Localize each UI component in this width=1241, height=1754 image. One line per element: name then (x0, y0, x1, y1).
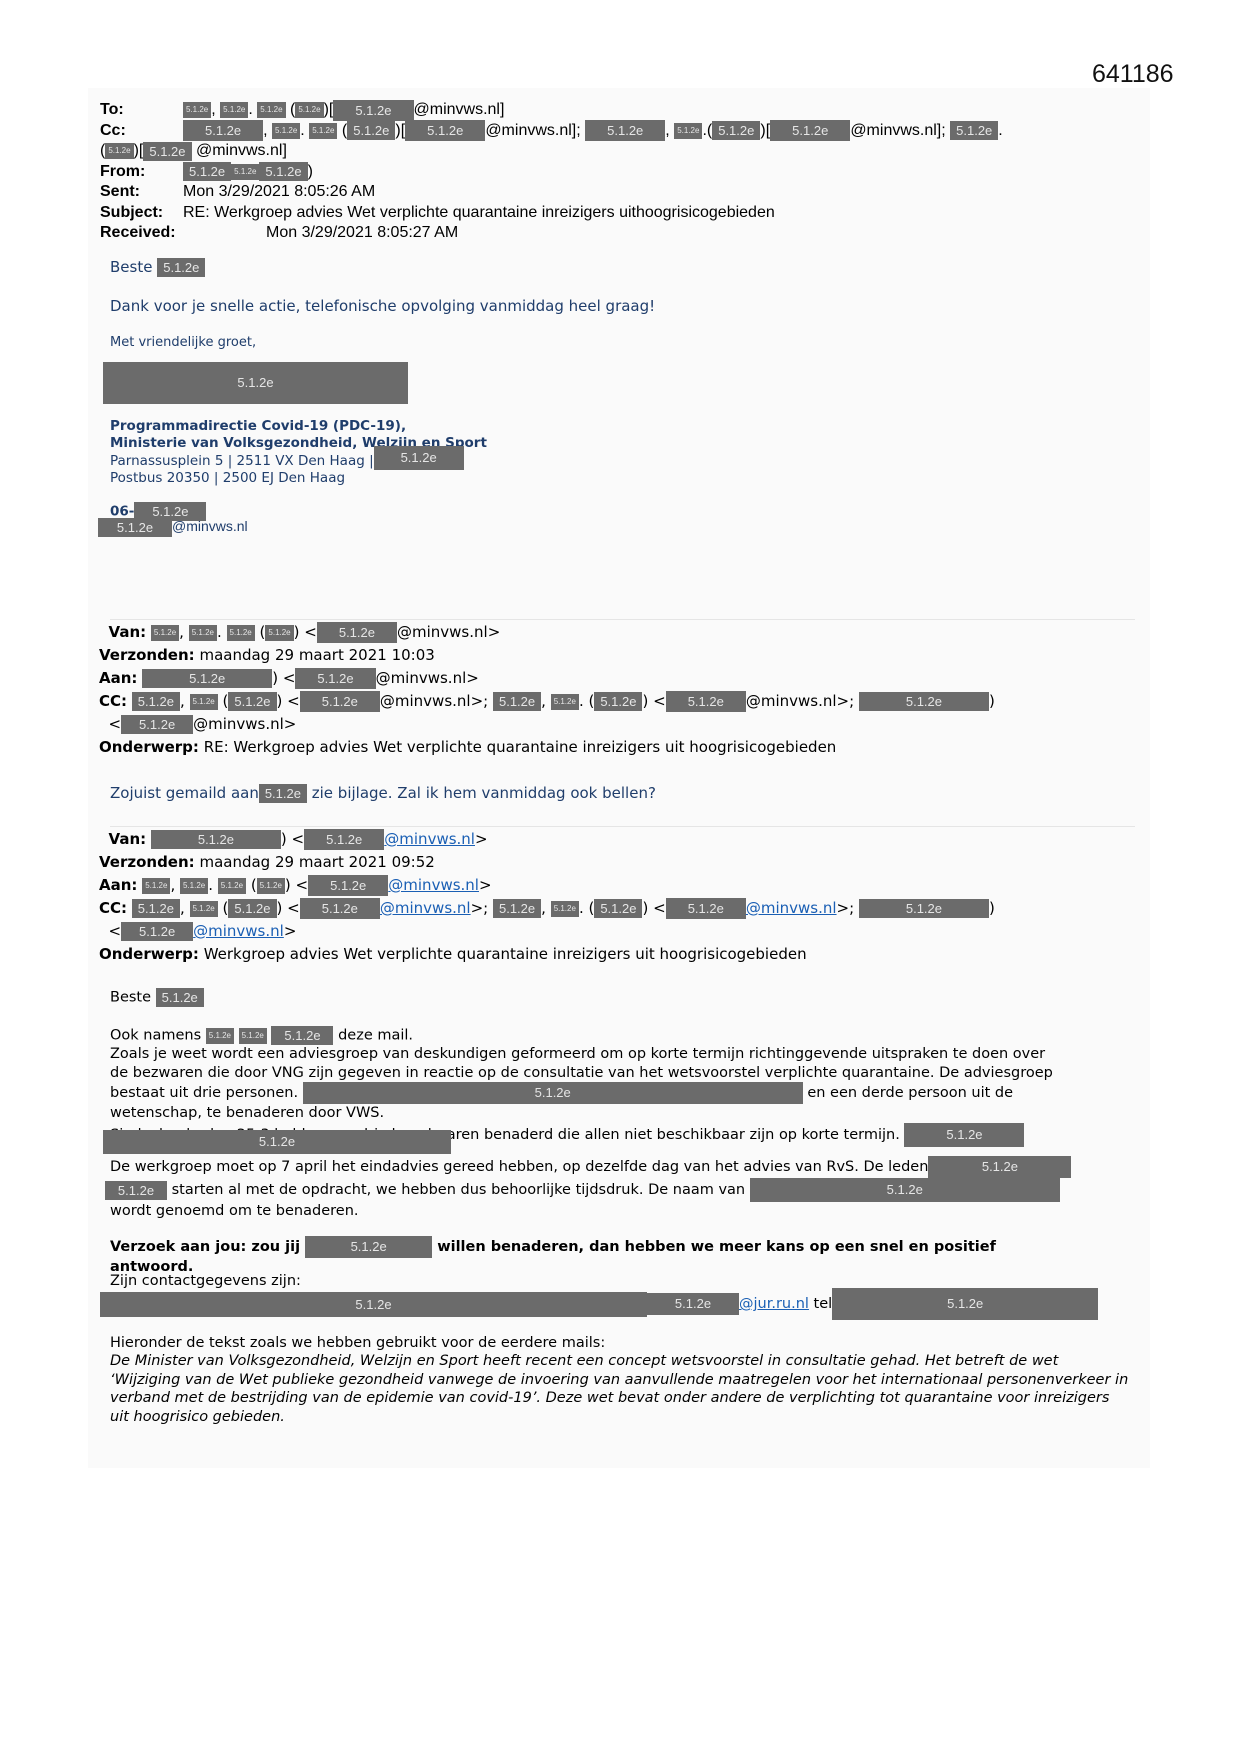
verzonden-label: Verzonden: (99, 646, 195, 664)
aan-row: Aan: 5.1.2e, 5.1.2e. 5.1.2e (5.1.2e) <5.… (99, 874, 995, 897)
body-text: Zojuist gemaild aan (110, 784, 259, 802)
message2-header: Van: 5.1.2e, 5.1.2e. 5.1.2e (5.1.2e) <5.… (99, 621, 995, 759)
text: Ook namens (110, 1028, 201, 1044)
signature-name-redaction: 5.1.2e (103, 362, 408, 404)
address-text: Parnassusplein 5 | 2511 VX Den Haag | (110, 453, 374, 469)
redaction: 5.1.2e (859, 899, 989, 918)
redaction: 5.1.2e (950, 121, 998, 140)
redaction: 5.1.2e (218, 878, 246, 894)
redaction: 5.1.2e (904, 1123, 1024, 1147)
p1: Ook namens 5.1.2e 5.1.2e 5.1.2e deze mai… (110, 1026, 1140, 1045)
redaction: 5.1.2e (142, 669, 272, 688)
redaction: 5.1.2e (183, 162, 231, 181)
redaction: 5.1.2e (374, 446, 464, 470)
redaction: 5.1.2e (347, 121, 395, 140)
sent-row: Sent: Mon 3/29/2021 8:05:26 AM (100, 182, 1003, 203)
van-domain: @minvws.nl> (397, 623, 500, 641)
verzonden-value: maandag 29 maart 2021 10:03 (199, 646, 434, 664)
signature-email: 5.1.2e@minvws.nl (98, 518, 248, 537)
cc-email-link[interactable]: @minvws.nl (746, 899, 837, 917)
redaction: 5.1.2e (750, 1178, 1060, 1202)
redaction: 5.1.2e (859, 692, 989, 711)
verzonden-row: Verzonden: maandag 29 maart 2021 10:03 (99, 644, 995, 667)
redaction: 5.1.2e (132, 692, 180, 711)
received-row: Received: Mon 3/29/2021 8:05:27 AM (100, 223, 1003, 244)
redaction: 5.1.2e (594, 899, 642, 918)
message3-body: Ook namens 5.1.2e 5.1.2e 5.1.2e deze mai… (110, 1026, 1140, 1147)
cc-label: Cc: (100, 121, 183, 142)
verzonden-label: Verzonden: (99, 853, 195, 871)
text: Verzoek aan jou: zou jij (110, 1239, 300, 1255)
cc-domain: @minvws.nl>; (746, 692, 854, 710)
redaction: 5.1.2e (180, 878, 208, 894)
document-id: 641186 (1092, 60, 1174, 89)
redaction: 5.1.2e (231, 164, 259, 180)
redaction: 5.1.2e (712, 121, 760, 140)
van-email-link[interactable]: @minvws.nl (384, 830, 475, 848)
redaction: 5.1.2e (304, 829, 384, 850)
p2-line3: bestaat uit drie personen. 5.1.2e en een… (110, 1082, 1140, 1104)
redaction: 5.1.2e (333, 100, 413, 121)
to-domain: @minvws.nl] (414, 100, 505, 121)
reply-closing: Met vriendelijke groet, (110, 335, 256, 350)
cc-label: CC: (99, 692, 127, 710)
contact-tel-label: tel (814, 1296, 833, 1312)
van-label: Van: (109, 830, 147, 848)
redaction: 5.1.2e (305, 1236, 432, 1258)
verzonden-row: Verzonden: maandag 29 maart 2021 09:52 (99, 851, 995, 874)
van-label: Van: (109, 623, 147, 641)
redaction: 5.1.2e (227, 625, 255, 641)
aan-label: Aan: (99, 669, 137, 687)
van-row: Van: 5.1.2e, 5.1.2e. 5.1.2e (5.1.2e) <5.… (99, 621, 995, 644)
cc-domain: @minvws.nl] (196, 141, 287, 162)
onderwerp-row: Onderwerp: Werkgroep advies Wet verplich… (99, 943, 995, 966)
from-label: From: (100, 162, 183, 183)
sent-label: Sent: (100, 182, 183, 203)
to-label: To: (100, 100, 183, 121)
cc-domain: @minvws.nl> (193, 715, 296, 733)
signature-address-line2: Postbus 20350 | 2500 EJ Den Haag (110, 470, 464, 487)
verzonden-value: maandag 29 maart 2021 09:52 (199, 853, 434, 871)
signature-org-line1: Programmadirectie Covid-19 (PDC-19), (110, 418, 487, 435)
text: deze mail. (338, 1028, 413, 1044)
cc-domain: @minvws.nl>; (380, 692, 488, 710)
aan-label: Aan: (99, 876, 137, 894)
message3-request: Verzoek aan jou: zou jij 5.1.2e willen b… (110, 1236, 1140, 1277)
onderwerp-value: Werkgroep advies Wet verplichte quaranta… (204, 945, 807, 963)
text: starten al met de opdracht, we hebben du… (172, 1182, 746, 1198)
redaction: 5.1.2e (103, 1130, 451, 1154)
message3-greeting: Beste 5.1.2e (110, 988, 1140, 1007)
signature-address: Parnassusplein 5 | 2511 VX Den Haag |5.1… (110, 452, 464, 487)
separator (110, 619, 1135, 620)
message3-p4: De werkgroep moet op 7 april het eindadv… (110, 1156, 1140, 1221)
redaction: 5.1.2e (405, 120, 485, 141)
redaction: 5.1.2e (585, 120, 665, 141)
sent-value: Mon 3/29/2021 8:05:26 AM (183, 182, 375, 203)
text: en een derde persoon uit de (807, 1085, 1013, 1101)
redaction: 5.1.2e (303, 1082, 803, 1104)
redaction: 5.1.2e (183, 102, 211, 118)
redaction: 5.1.2e (156, 988, 204, 1007)
cc-row-cont: (5.1.2e)[5.1.2e @minvws.nl] (100, 141, 1003, 162)
onderwerp-label: Onderwerp: (99, 945, 199, 963)
p2-line2: de bezwaren die door VNG zijn gegeven in… (110, 1064, 1140, 1083)
redaction: 5.1.2e (100, 1292, 647, 1317)
cc-row-cont: <5.1.2e@minvws.nl> (99, 713, 995, 736)
text: De werkgroep moet op 7 april het eindadv… (110, 1159, 928, 1175)
p4-line1: De werkgroep moet op 7 april het eindadv… (110, 1156, 1140, 1178)
redaction: 5.1.2e (121, 922, 193, 941)
text: willen benaderen, dan hebben we meer kan… (437, 1239, 996, 1255)
cc-row: CC: 5.1.2e, 5.1.2e (5.1.2e) <5.1.2e@minv… (99, 690, 995, 713)
redaction: 5.1.2e (98, 518, 172, 537)
received-value: Mon 3/29/2021 8:05:27 AM (266, 223, 458, 244)
cc-domain: @minvws.nl]; (485, 121, 580, 142)
earlier-text: De Minister van Volksgezondheid, Welzijn… (110, 1352, 1130, 1426)
redaction: 5.1.2e (239, 1028, 267, 1044)
redaction: 5.1.2e (157, 258, 205, 277)
redaction: 5.1.2e (143, 142, 191, 161)
outlook-header: To: 5.1.2e, 5.1.2e. 5.1.2e (5.1.2e)[5.1.… (100, 100, 1003, 244)
subject-label: Subject: (100, 203, 183, 224)
redaction: 5.1.2e (105, 1181, 167, 1200)
redaction: 5.1.2e (190, 694, 218, 710)
p4-line2: 5.1.2e starten al met de opdracht, we he… (110, 1178, 1140, 1202)
cc-row: Cc: 5.1.2e, 5.1.2e. 5.1.2e (5.1.2e)[5.1.… (100, 121, 1003, 142)
redaction: 5.1.2e (300, 691, 380, 712)
redaction: 5.1.2e (105, 143, 133, 159)
redaction: 5.1.2e (666, 691, 746, 712)
signature-address-line1: Parnassusplein 5 | 2511 VX Den Haag |5.1… (110, 452, 464, 470)
onderwerp-value: RE: Werkgroep advies Wet verplichte quar… (204, 738, 837, 756)
p2-line1: Zoals je weet wordt een adviesgroep van … (110, 1045, 1140, 1064)
redaction: 5.1.2e (151, 830, 281, 849)
redaction: 5.1.2e (272, 123, 300, 139)
body-text: zie bijlage. Zal ik hem vanmiddag ook be… (312, 784, 656, 802)
redaction: 5.1.2e (666, 898, 746, 919)
cc-row-cont: <5.1.2e@minvws.nl> (99, 920, 995, 943)
redaction: 5.1.2e (257, 102, 285, 118)
van-row: Van: 5.1.2e) <5.1.2e@minvws.nl> (99, 828, 995, 851)
contact-row: 5.1.2e5.1.2e@jur.ru.nl tel5.1.2e (100, 1288, 1098, 1320)
onderwerp-row: Onderwerp: RE: Werkgroep advies Wet verp… (99, 736, 995, 759)
redaction: 5.1.2e (228, 692, 276, 711)
p2-line4: wetenschap, te benaderen door VWS. (110, 1104, 1140, 1123)
cc-email-link[interactable]: @minvws.nl (380, 899, 471, 917)
aan-domain: @minvws.nl> (376, 669, 479, 687)
message2-body: Zojuist gemaild aan5.1.2e zie bijlage. Z… (110, 784, 656, 803)
redaction: 5.1.2e (228, 899, 276, 918)
redaction: 5.1.2e (189, 625, 217, 641)
redaction: 5.1.2e (594, 692, 642, 711)
redaction: 5.1.2e (493, 692, 541, 711)
redaction: 5.1.2e (928, 1156, 1071, 1178)
redaction: 5.1.2e (300, 898, 380, 919)
redaction: 5.1.2e (190, 901, 218, 917)
redaction: 5.1.2e (647, 1293, 739, 1315)
cc-email-link[interactable]: @minvws.nl (193, 922, 284, 940)
redaction: 5.1.2e (132, 899, 180, 918)
reply-greeting: Beste (110, 258, 152, 276)
cc-label: CC: (99, 899, 127, 917)
redaction: 5.1.2e (220, 102, 248, 118)
reply-greeting-line: Beste 5.1.2e (110, 258, 205, 277)
redaction: 5.1.2e (259, 784, 307, 803)
greeting: Beste (110, 990, 151, 1006)
subject-value: RE: Werkgroep advies Wet verplichte quar… (183, 203, 775, 224)
redaction: 5.1.2e (295, 102, 323, 118)
received-label: Received: (100, 223, 266, 244)
redaction: 5.1.2e (551, 901, 579, 917)
redaction: 5.1.2e (770, 120, 850, 141)
email-domain: @minvws.nl (172, 518, 248, 534)
onderwerp-label: Onderwerp: (99, 738, 199, 756)
reply-body: Dank voor je snelle actie, telefonische … (110, 297, 655, 315)
redaction: 5.1.2e (674, 123, 702, 139)
message3-header: Van: 5.1.2e) <5.1.2e@minvws.nl> Verzonde… (99, 828, 995, 966)
cc-row: CC: 5.1.2e, 5.1.2e (5.1.2e) <5.1.2e@minv… (99, 897, 995, 920)
aan-email-link[interactable]: @minvws.nl (388, 876, 479, 894)
redaction: 5.1.2e (206, 1028, 234, 1044)
redaction: 5.1.2e (308, 875, 388, 896)
to-row: To: 5.1.2e, 5.1.2e. 5.1.2e (5.1.2e)[5.1.… (100, 100, 1003, 121)
request-line1: Verzoek aan jou: zou jij 5.1.2e willen b… (110, 1236, 1140, 1258)
redaction: 5.1.2e (271, 1026, 333, 1045)
redaction: 5.1.2e (142, 878, 170, 894)
subject-row: Subject: RE: Werkgroep advies Wet verpli… (100, 203, 1003, 224)
p4-line3: wordt genoemd om te benaderen. (110, 1202, 1140, 1221)
redaction: 5.1.2e (257, 878, 285, 894)
separator (110, 826, 1135, 827)
redaction: 5.1.2e (121, 715, 193, 734)
earlier-intro: Hieronder de tekst zoals we hebben gebru… (110, 1334, 1140, 1353)
redaction: 5.1.2e (259, 162, 307, 181)
redaction: 5.1.2e (183, 120, 263, 141)
redaction: 5.1.2e (317, 622, 397, 643)
redaction: 5.1.2e (832, 1288, 1098, 1320)
text: bestaat uit drie personen. (110, 1085, 298, 1101)
redaction: 5.1.2e (265, 625, 293, 641)
redaction: 5.1.2e (295, 668, 375, 689)
redaction: 5.1.2e (493, 899, 541, 918)
redaction: 5.1.2e (309, 123, 337, 139)
cc-domain: @minvws.nl]; (850, 121, 945, 142)
redaction: 5.1.2e (151, 625, 179, 641)
from-row: From: 5.1.2e5.1.2e5.1.2e) (100, 162, 1003, 183)
aan-row: Aan: 5.1.2e) <5.1.2e@minvws.nl> (99, 667, 995, 690)
redaction: 5.1.2e (551, 694, 579, 710)
contact-email-link[interactable]: @jur.ru.nl (739, 1296, 809, 1312)
